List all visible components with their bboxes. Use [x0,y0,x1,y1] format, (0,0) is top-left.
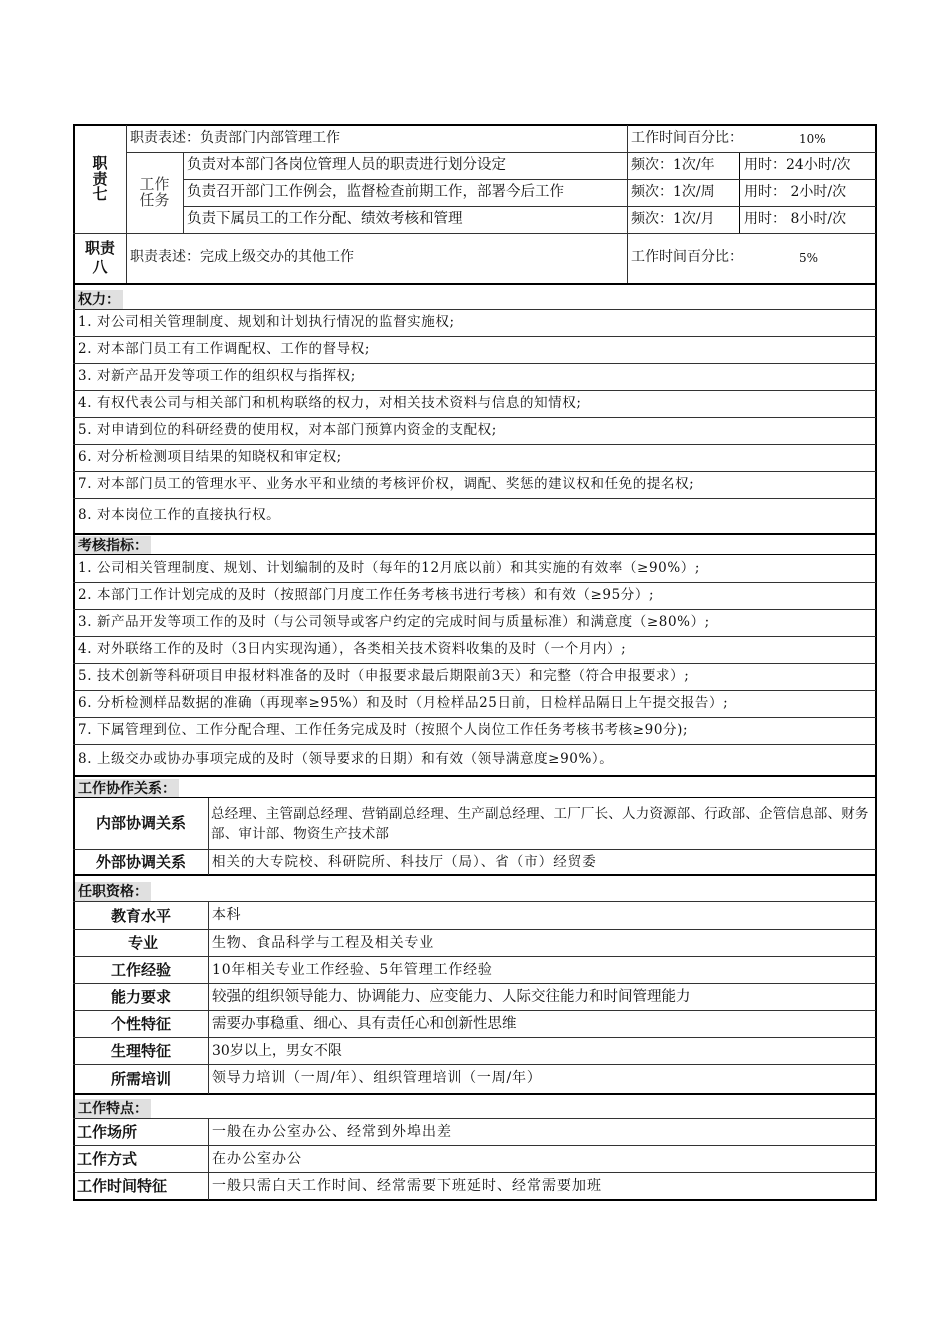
authority-item: 1. 对公司相关管理制度、规划和计划执行情况的监督实施权; [74,309,876,336]
divider [73,1010,876,1011]
internal-coordination-value: 总经理、主管副总经理、营销副总经理、生产副总经理、工厂厂长、人力资源部、行政部、… [208,798,876,849]
task-text: 负责召开部门工作例会，监督检查前期工作，部署今后工作 [183,179,627,206]
divider [73,636,876,637]
external-coordination-label: 外部协调关系 [74,849,208,875]
divider [183,206,876,207]
qualification-value: 本科 [208,902,876,930]
work-tasks-label: 工作 任务 [126,152,183,233]
task-duration: 用时： 2小时/次 [740,179,876,206]
divider [183,152,184,233]
divider [73,983,876,984]
authority-item: 7. 对本部门员工的管理水平、业务水平和业绩的考核评价权，调配、奖惩的建议权和任… [74,471,876,498]
qualification-value: 较强的组织领导能力、协调能力、应变能力、人际交往能力和时间管理能力 [208,984,876,1011]
qualification-label: 个性特征 [74,1011,208,1038]
qualification-label: 能力要求 [74,984,208,1011]
task-duration: 用时：24小时/次 [740,152,876,179]
divider [73,1093,876,1095]
divider [208,798,209,875]
task-frequency: 频次：1次/年 [627,152,740,179]
task-frequency: 频次：1次/周 [627,179,740,206]
work-feature-label: 工作场所 [74,1119,208,1146]
job-description-page: 职 责 七 职责表述：负责部门内部管理工作 工作时间百分比： 10% 工作 任务… [0,0,950,1344]
qualification-value: 生物、食品科学与工程及相关专业 [208,930,876,957]
authority-item: 4. 有权代表公司与相关部门和机构联络的权力，对相关技术资料与信息的知情权; [74,390,876,417]
duty8-label: 职责 八 [74,233,126,283]
duty8-label-line: 八 [92,258,107,278]
divider [73,336,876,337]
kpi-item: 8. 上级交办或协办事项完成的及时（领导要求的日期）和有效（领导满意度≥90%）… [74,744,876,775]
divider [73,717,876,718]
work-features-header: 工作特点： [75,1099,151,1118]
divider [208,1118,209,1200]
divider [73,1172,876,1173]
divider [73,309,876,310]
divider [73,1145,876,1146]
collaboration-header: 工作协作关系： [75,779,179,798]
task-text: 负责下属员工的工作分配、绩效考核和管理 [183,206,627,233]
divider [73,690,876,691]
divider [73,901,876,902]
divider [73,874,876,876]
task-frequency: 频次：1次/月 [627,206,740,233]
work-feature-label: 工作方式 [74,1146,208,1173]
duty7-description: 职责表述：负责部门内部管理工作 [126,126,627,152]
time-pct-label: 工作时间百分比： [631,130,743,148]
kpi-item: 6. 分析检测样品数据的准确（再现率≥95%）和及时（月检样品25日前，日检样品… [74,690,876,717]
qualification-label: 教育水平 [74,902,208,930]
authority-item: 2. 对本部门员工有工作调配权、工作的督导权; [74,336,876,363]
duty8-description: 职责表述：完成上级交办的其他工作 [126,233,627,283]
divider [73,471,876,472]
authority-item: 5. 对申请到位的科研经费的使用权，对本部门预算内资金的支配权; [74,417,876,444]
divider [73,1064,876,1065]
kpi-item: 7. 下属管理到位、工作分配合理、工作任务完成及时（按照个人岗位工作任务考核书考… [74,717,876,744]
duty7-time-pct: 工作时间百分比： 10% [627,126,876,152]
divider [73,498,876,499]
divider [73,929,876,930]
qualification-value: 需要办事稳重、细心、具有责任心和创新性思维 [208,1011,876,1038]
qualifications-header: 任职资格： [75,882,151,901]
duty7-label: 职 责 七 [74,126,126,233]
qualification-label: 所需培训 [74,1065,208,1093]
divider [73,533,876,535]
divider [73,363,876,364]
qualification-label: 专业 [74,930,208,957]
work-feature-value: 一般在办公室办公、经常到外埠出差 [208,1119,876,1146]
divider [73,283,876,285]
authority-item: 8. 对本岗位工作的直接执行权。 [74,498,876,533]
kpi-item: 5. 技术创新等科研项目申报材料准备的及时（申报要求最后期限前3天）和完整（符合… [74,663,876,690]
divider [73,744,876,745]
divider [73,233,876,234]
divider [73,663,876,664]
table-border-top [73,124,877,126]
divider [73,417,876,418]
duty8-label-line: 职责 [85,239,115,259]
divider [73,582,876,583]
external-coordination-value: 相关的大专院校、科研院所、科技厅（局）、省（市）经贸委 [208,849,876,875]
duty7-label-char: 七 [92,187,107,203]
divider [73,609,876,610]
divider [739,152,740,233]
work-tasks-label-line: 任务 [139,193,169,209]
authority-header: 权力： [75,290,123,309]
kpi-item: 3. 新产品开发等项工作的及时（与公司领导或客户约定的完成时间与质量标准）和满意… [74,609,876,636]
qualification-label: 生理特征 [74,1038,208,1065]
authority-item: 6. 对分析检测项目结果的知晓权和审定权; [74,444,876,471]
duty8-time-pct: 工作时间百分比： 5% [627,233,876,283]
divider [73,797,876,798]
divider [73,849,876,850]
divider [73,1118,876,1119]
divider [208,901,209,1094]
qualification-label: 工作经验 [74,957,208,984]
work-feature-value: 在办公室办公 [208,1146,876,1173]
task-text: 负责对本部门各岗位管理人员的职责进行划分设定 [183,152,627,179]
kpi-item: 1. 公司相关管理制度、规划、计划编制的及时（每年的12月底以前）和其实施的有效… [74,555,876,582]
divider [126,152,876,153]
kpi-item: 2. 本部门工作计划完成的及时（按照部门月度工作任务考核书进行考核）和有效（≥9… [74,582,876,609]
divider [627,125,628,283]
divider [73,390,876,391]
kpi-item: 4. 对外联络工作的及时（3日内实现沟通），各类相关技术资料收集的及时（一个月内… [74,636,876,663]
divider [73,444,876,445]
time-pct-value: 10% [799,132,826,147]
internal-coordination-label: 内部协调关系 [74,798,208,849]
kpi-header: 考核指标： [75,536,151,555]
divider [73,1037,876,1038]
divider [183,179,876,180]
qualification-value: 30岁以上，男女不限 [208,1038,876,1065]
time-pct-value: 5% [799,251,818,266]
task-duration: 用时： 8小时/次 [740,206,876,233]
qualification-value: 10年相关专业工作经验、5年管理工作经验 [208,957,876,984]
work-feature-value: 一般只需白天工作时间、经常需要下班延时、经常需要加班 [208,1173,876,1200]
divider [73,554,876,555]
divider [126,125,127,283]
table-border-bottom [73,1199,877,1201]
divider [73,775,876,777]
divider [73,956,876,957]
time-pct-label: 工作时间百分比： [631,249,743,267]
work-feature-label: 工作时间特征 [74,1173,208,1200]
qualification-value: 领导力培训（一周/年）、组织管理培训（一周/年） [208,1065,876,1093]
authority-item: 3. 对新产品开发等项工作的组织权与指挥权; [74,363,876,390]
